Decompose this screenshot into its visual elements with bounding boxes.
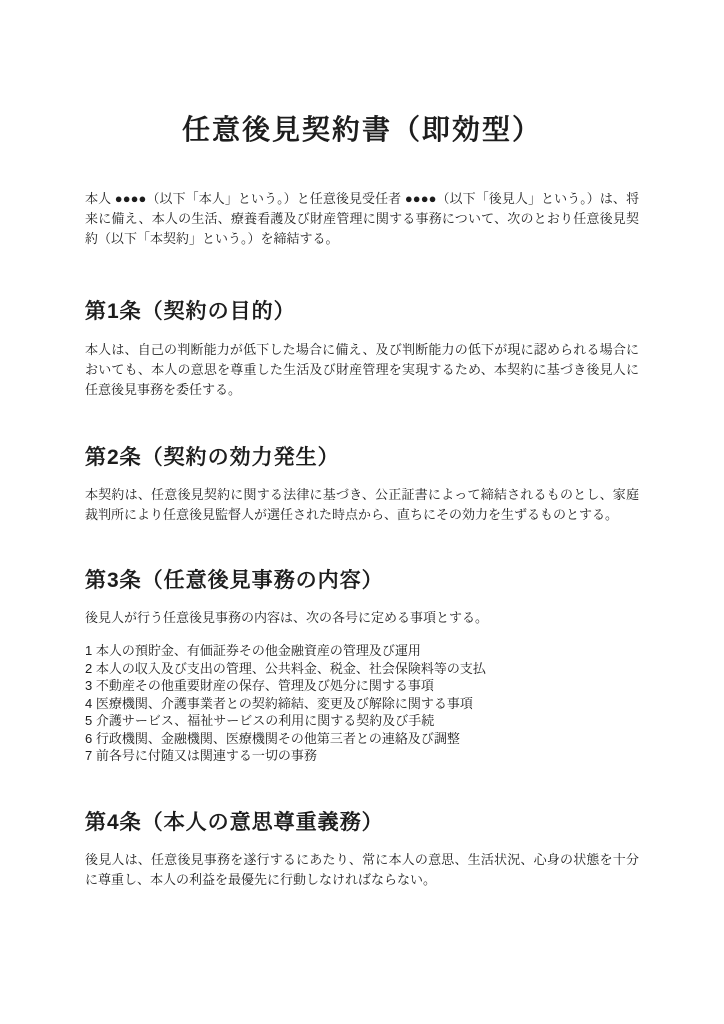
clause-item-5: 5 介護サービス、福祉サービスの利用に関する契約及び手続	[85, 712, 639, 730]
clause-item-3: 3 不動産その他重要財産の保存、管理及び処分に関する事項	[85, 677, 639, 695]
clause-item-1: 1 本人の預貯金、有価証券その他金融資産の管理及び運用	[85, 642, 639, 660]
article-4-heading: 第4条（本人の意思尊重義務）	[85, 809, 639, 837]
article-3-clause-list: 1 本人の預貯金、有価証券その他金融資産の管理及び運用 2 本人の収入及び支出の…	[85, 642, 639, 765]
clause-item-7: 7 前各号に付随又は関連する一切の事務	[85, 747, 639, 765]
article-3-heading: 第3条（任意後見事務の内容）	[85, 567, 639, 595]
article-4-body: 後見人は、任意後見事務を遂行するにあたり、常に本人の意思、生活状況、心身の状態を…	[85, 850, 639, 890]
clause-item-2: 2 本人の収入及び支出の管理、公共料金、税金、社会保険料等の支払	[85, 660, 639, 678]
intro-paragraph: 本人 ●●●●（以下「本人」という。）と任意後見受任者 ●●●●（以下「後見人」…	[85, 189, 639, 249]
clause-item-4: 4 医療機関、介護事業者との契約締結、変更及び解除に関する事項	[85, 695, 639, 713]
section-article-4: 第4条（本人の意思尊重義務） 後見人は、任意後見事務を遂行するにあたり、常に本人…	[85, 809, 639, 890]
document-title: 任意後見契約書（即効型）	[85, 0, 639, 149]
section-article-1: 第1条（契約の目的） 本人は、自己の判断能力が低下した場合に備え、及び判断能力の…	[85, 298, 639, 399]
clause-item-6: 6 行政機関、金融機関、医療機関その他第三者との連絡及び調整	[85, 730, 639, 748]
document-page: 任意後見契約書（即効型） 本人 ●●●●（以下「本人」という。）と任意後見受任者…	[0, 0, 724, 1024]
section-article-3: 第3条（任意後見事務の内容） 後見人が行う任意後見事務の内容は、次の各号に定める…	[85, 567, 639, 765]
article-1-body: 本人は、自己の判断能力が低下した場合に備え、及び判断能力の低下が現に認められる場…	[85, 340, 639, 400]
section-article-2: 第2条（契約の効力発生） 本契約は、任意後見契約に関する法律に基づき、公正証書に…	[85, 444, 639, 525]
article-2-heading: 第2条（契約の効力発生）	[85, 444, 639, 472]
article-3-body: 後見人が行う任意後見事務の内容は、次の各号に定める事項とする。	[85, 608, 639, 628]
article-2-body: 本契約は、任意後見契約に関する法律に基づき、公正証書によって締結されるものとし、…	[85, 485, 639, 525]
article-1-heading: 第1条（契約の目的）	[85, 298, 639, 326]
